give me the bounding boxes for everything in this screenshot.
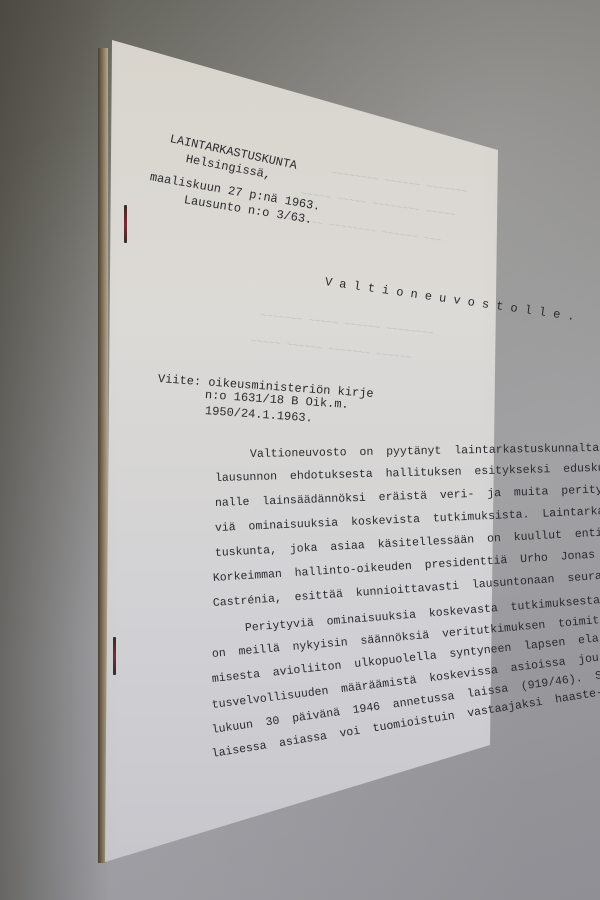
staple-top	[124, 205, 127, 243]
reference-label: Viite:	[158, 372, 202, 389]
staple-bottom	[113, 637, 116, 675]
shadow	[0, 0, 110, 900]
